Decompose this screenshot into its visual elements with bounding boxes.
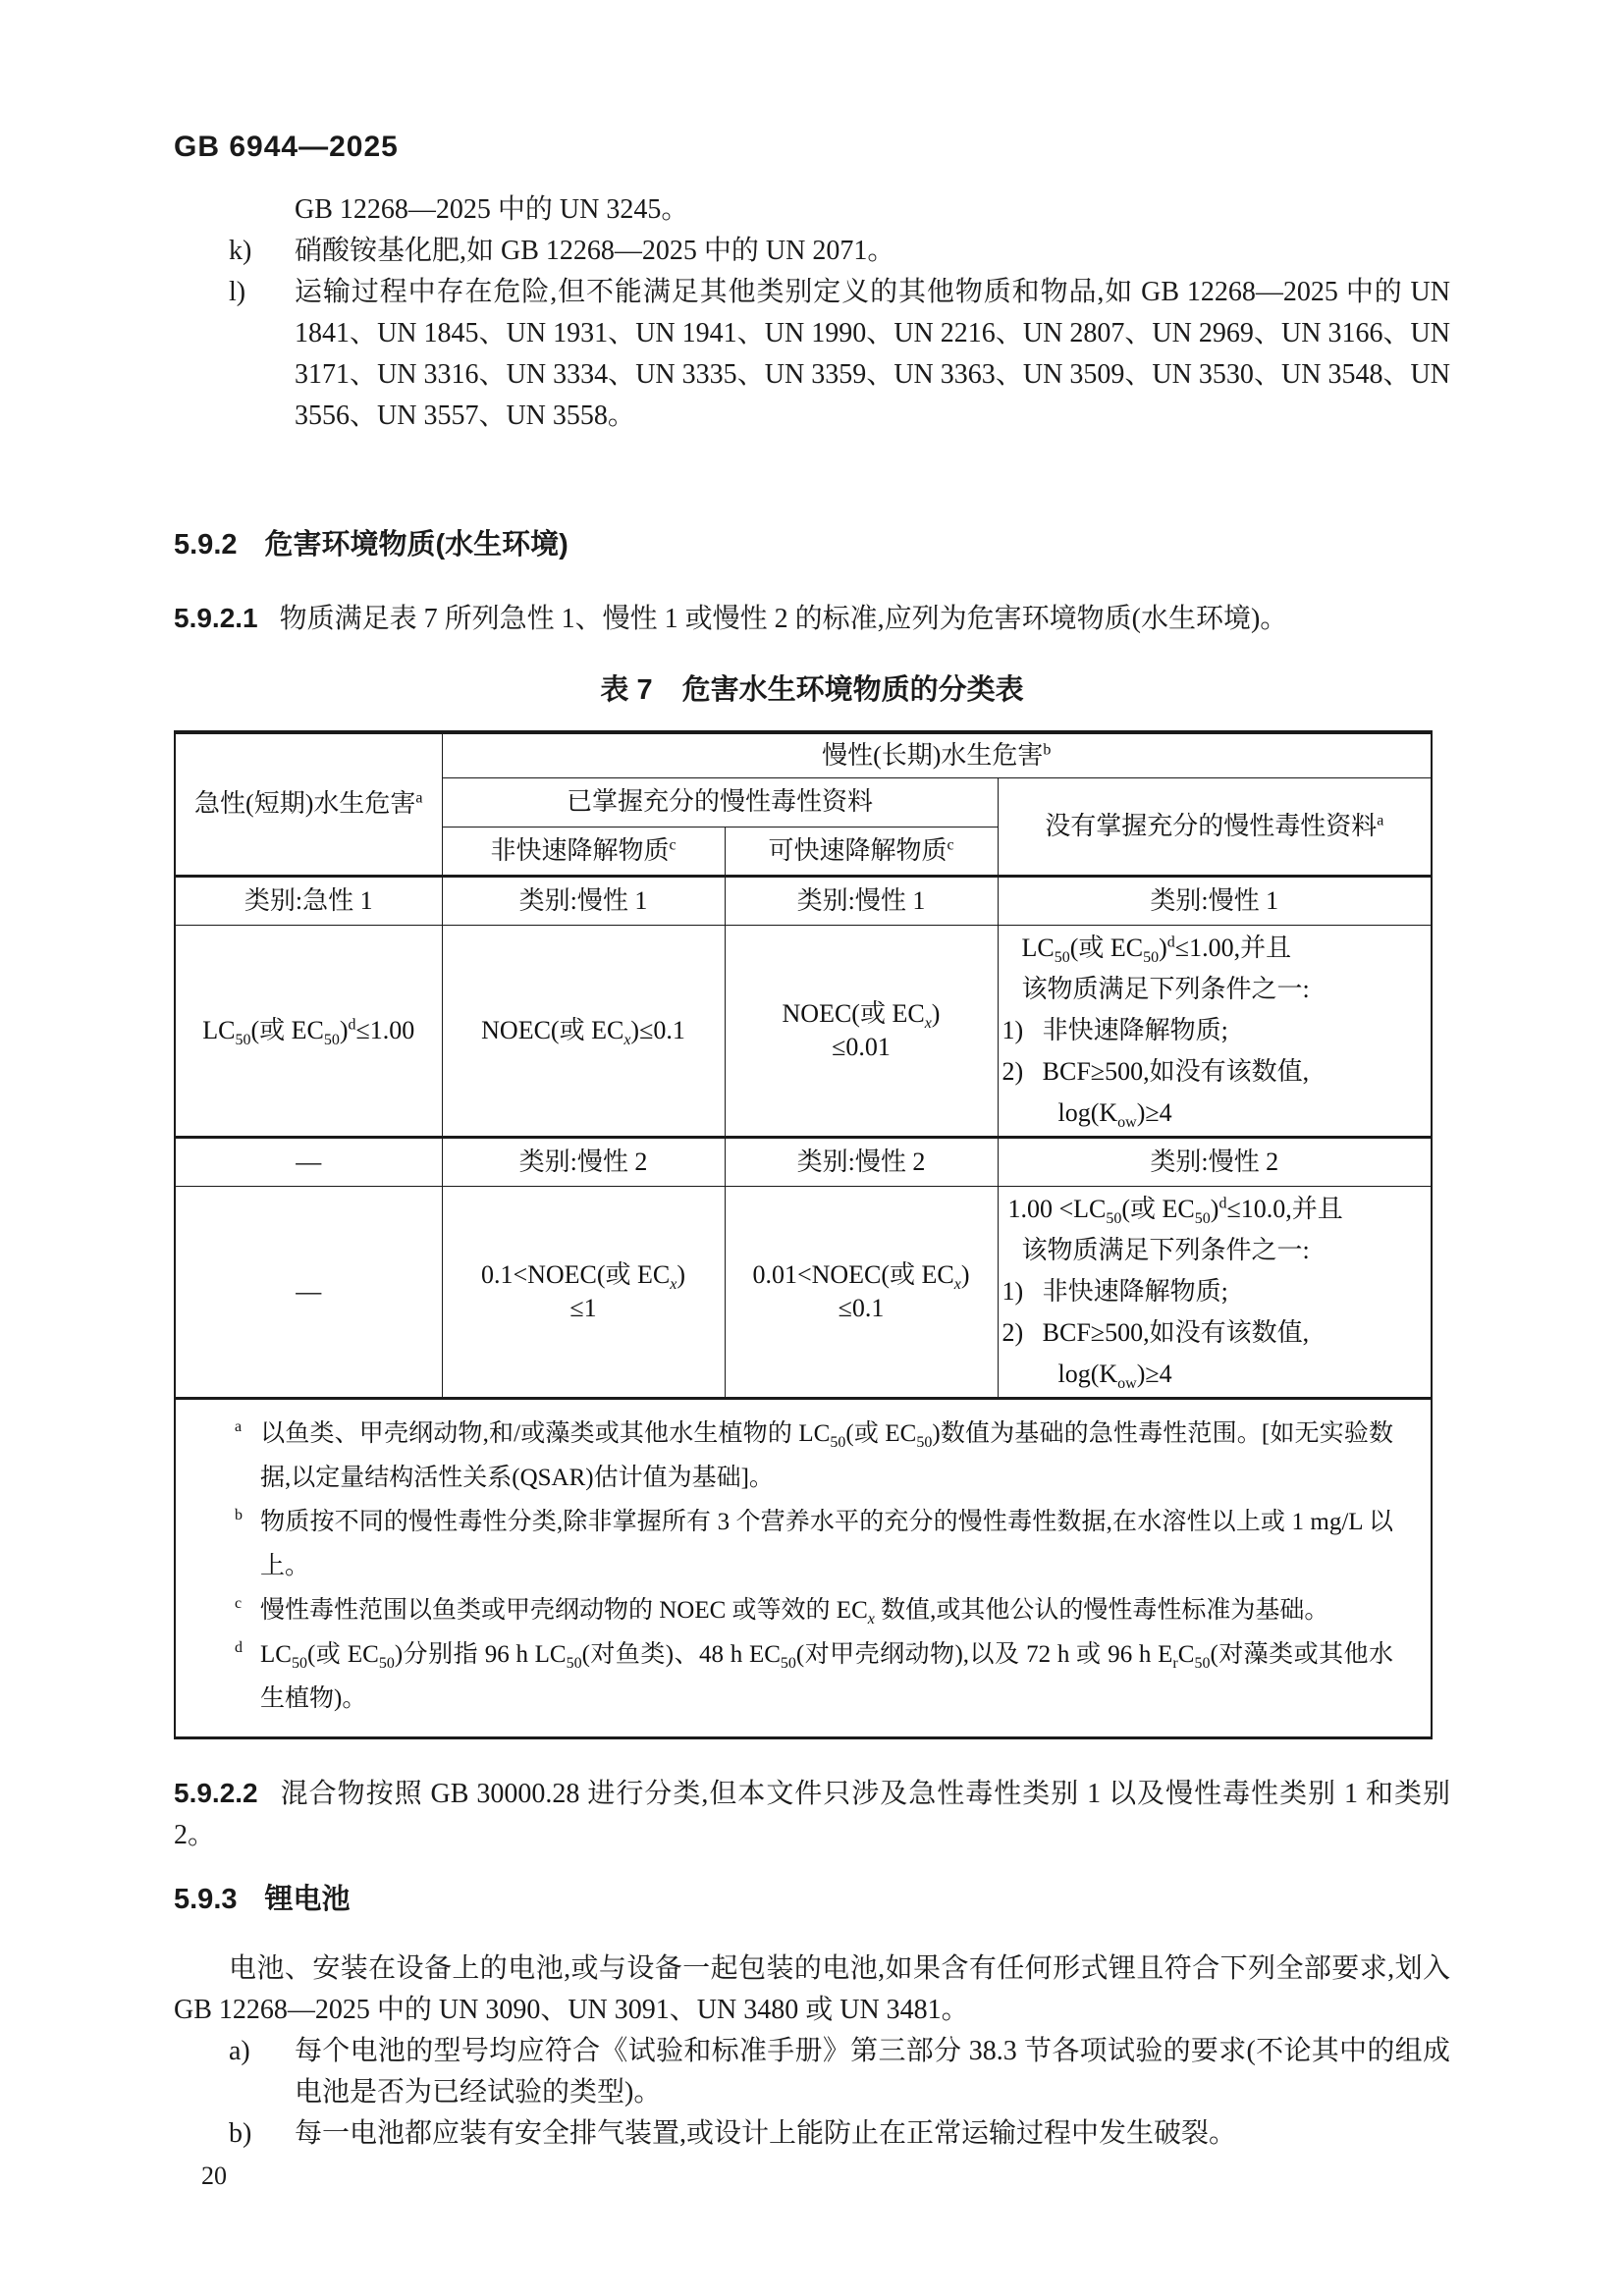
condition-line: log(Kow)≥4 [1002,1093,1428,1134]
condition-line: log(Kow)≥4 [1002,1354,1428,1395]
page-number: 20 [201,2161,1450,2192]
cell-chronic1-rapid: NOEC(或 ECx)≤0.01 [725,925,998,1137]
table-label: 表 7 [600,674,652,706]
footnote-c: c慢性毒性范围以鱼类或甲壳纲动物的 NOEC 或等效的 ECx 数值,或其他公认… [235,1588,1393,1632]
cat-chronic-1-noinfo: 类别:慢性 1 [998,876,1432,925]
condition-line: 2) BCF≥500,如没有该数值, [1002,1051,1428,1093]
heading-5-9-2: 5.9.2危害环境物质(水生环境) [174,527,1450,562]
footnote-text: 慢性毒性范围以鱼类或甲壳纲动物的 NOEC 或等效的 ECx 数值,或其他公认的… [260,1597,1328,1624]
clause-number: 5.9.2.1 [174,603,258,633]
footnote-d: dLC50(或 EC50)分别指 96 h LC50(对鱼类)、48 h EC5… [235,1632,1393,1721]
list-text: 运输过程中存在危险,但不能满足其他类别定义的其他物质和物品,如 GB 12268… [295,272,1450,437]
condition-line: LC50(或 EC50)d≤1.00,并且 [1002,928,1428,969]
table-caption: 表 7危害水生环境物质的分类表 [174,673,1450,707]
cat-chronic-2-rapid: 类别:慢性 2 [725,1137,998,1186]
cell-chronic2-rapid: 0.01<NOEC(或 ECx)≤0.1 [725,1186,998,1398]
heading-5-9-3: 5.9.3锂电池 [174,1882,1450,1917]
cell-acute2-dash: — [175,1186,442,1398]
cell-acute1-criteria: LC50(或 EC50)d≤1.00 [175,925,442,1137]
para-battery-intro: 电池、安装在设备上的电池,或与设备一起包装的电池,如果含有任何形式锂且符合下列全… [174,1949,1450,2031]
cat-chronic-1-rapid: 类别:慢性 1 [725,876,998,925]
cell-chronic2-noinfo: 1.00 <LC50(或 EC50)d≤10.0,并且 该物质满足下列条件之一:… [998,1186,1432,1398]
clause-number: 5.9.2 [174,529,238,561]
list-marker: l) [229,272,295,437]
cell-chronic1-nonrapid: NOEC(或 ECx)≤0.1 [442,925,725,1137]
list-item-l: l) 运输过程中存在危险,但不能满足其他类别定义的其他物质和物品,如 GB 12… [174,272,1450,437]
condition-line: 1.00 <LC50(或 EC50)d≤10.0,并且 [1002,1189,1428,1230]
clause-text: 物质满足表 7 所列急性 1、慢性 1 或慢性 2 的标准,应列为危害环境物质(… [280,604,1288,634]
list-marker: a) [229,2031,295,2113]
cell-chronic1-noinfo: LC50(或 EC50)d≤1.00,并且 该物质满足下列条件之一: 1) 非快… [998,925,1432,1137]
header-no-adequate-data: 没有掌握充分的慢性毒性资料a [998,777,1432,876]
cat-acute-1: 类别:急性 1 [175,876,442,925]
footnote-a: a以鱼类、甲壳纲动物,和/或藻类或其他水生植物的 LC50(或 EC50)数值为… [235,1412,1393,1500]
clause-title: 危害环境物质(水生环境) [265,529,568,561]
condition-line: 1) 非快速降解物质; [1002,1271,1428,1312]
header-chronic-hazard: 慢性(长期)水生危害b [442,732,1432,777]
para-5-9-2-1: 5.9.2.1物质满足表 7 所列急性 1、慢性 1 或慢性 2 的标准,应列为… [174,598,1450,640]
list-marker: b) [229,2113,295,2155]
intro-block: GB 12268—2025 中的 UN 3245。 k) 硝酸铵基化肥,如 GB… [174,189,1450,437]
list-marker: k) [229,231,295,272]
clause-title: 锂电池 [265,1884,351,1915]
list-text: 每一电池都应装有安全排气装置,或设计上能防止在正常运输过程中发生破裂。 [295,2113,1450,2155]
cell-chronic2-nonrapid: 0.1<NOEC(或 ECx)≤1 [442,1186,725,1398]
condition-line: 2) BCF≥500,如没有该数值, [1002,1312,1428,1354]
cat-chronic-1-nonrapid: 类别:慢性 1 [442,876,725,925]
list-item-b: b) 每一电池都应装有安全排气装置,或设计上能防止在正常运输过程中发生破裂。 [174,2113,1450,2155]
list-item-k: k) 硝酸铵基化肥,如 GB 12268—2025 中的 UN 2071。 [174,231,1450,272]
condition-line: 1) 非快速降解物质; [1002,1010,1428,1051]
document-page: GB 6944—2025 GB 12268—2025 中的 UN 3245。 k… [0,0,1624,2296]
footnote-text: 物质按不同的慢性毒性分类,除非掌握所有 3 个营养水平的充分的慢性毒性数据,在水… [260,1509,1393,1579]
header-acute-hazard: 急性(短期)水生危害a [175,732,442,876]
table-7-aquatic-hazard: 急性(短期)水生危害a 慢性(长期)水生危害b 已掌握充分的慢性毒性资料 没有掌… [174,730,1433,1739]
clause-number: 5.9.3 [174,1884,238,1915]
para-5-9-2-2: 5.9.2.2混合物按照 GB 30000.28 进行分类,但本文件只涉及急性毒… [174,1773,1450,1856]
footnote-text: LC50(或 EC50)分别指 96 h LC50(对鱼类)、48 h EC50… [260,1641,1393,1712]
cat-chronic-2-nonrapid: 类别:慢性 2 [442,1137,725,1186]
footnote-b: b物质按不同的慢性毒性分类,除非掌握所有 3 个营养水平的充分的慢性毒性数据,在… [235,1500,1393,1588]
list-text: 硝酸铵基化肥,如 GB 12268—2025 中的 UN 2071。 [295,231,1450,272]
header-nonrapid: 非快速降解物质c [442,827,725,876]
footnote-text: 以鱼类、甲壳纲动物,和/或藻类或其他水生植物的 LC50(或 EC50)数值为基… [260,1420,1393,1491]
list-text: 每个电池的型号均应符合《试验和标准手册》第三部分 38.3 节各项试验的要求(不… [295,2031,1450,2113]
cat-dash: — [175,1137,442,1186]
standard-code: GB 6944—2025 [174,131,1450,164]
clause-number: 5.9.2.2 [174,1778,258,1808]
table-footnotes: a以鱼类、甲壳纲动物,和/或藻类或其他水生植物的 LC50(或 EC50)数值为… [175,1398,1432,1737]
condition-line: 该物质满足下列条件之一: [1002,969,1428,1010]
battery-block: 电池、安装在设备上的电池,或与设备一起包装的电池,如果含有任何形式锂且符合下列全… [174,1949,1450,2155]
list-item-a: a) 每个电池的型号均应符合《试验和标准手册》第三部分 38.3 节各项试验的要… [174,2031,1450,2113]
header-adequate-data: 已掌握充分的慢性毒性资料 [442,777,998,827]
table-title: 危害水生环境物质的分类表 [682,674,1024,706]
header-rapid: 可快速降解物质c [725,827,998,876]
condition-line: 该物质满足下列条件之一: [1002,1230,1428,1271]
continuation-line: GB 12268—2025 中的 UN 3245。 [174,189,1450,231]
clause-text: 混合物按照 GB 30000.28 进行分类,但本文件只涉及急性毒性类别 1 以… [174,1779,1450,1850]
cat-chronic-2-noinfo: 类别:慢性 2 [998,1137,1432,1186]
